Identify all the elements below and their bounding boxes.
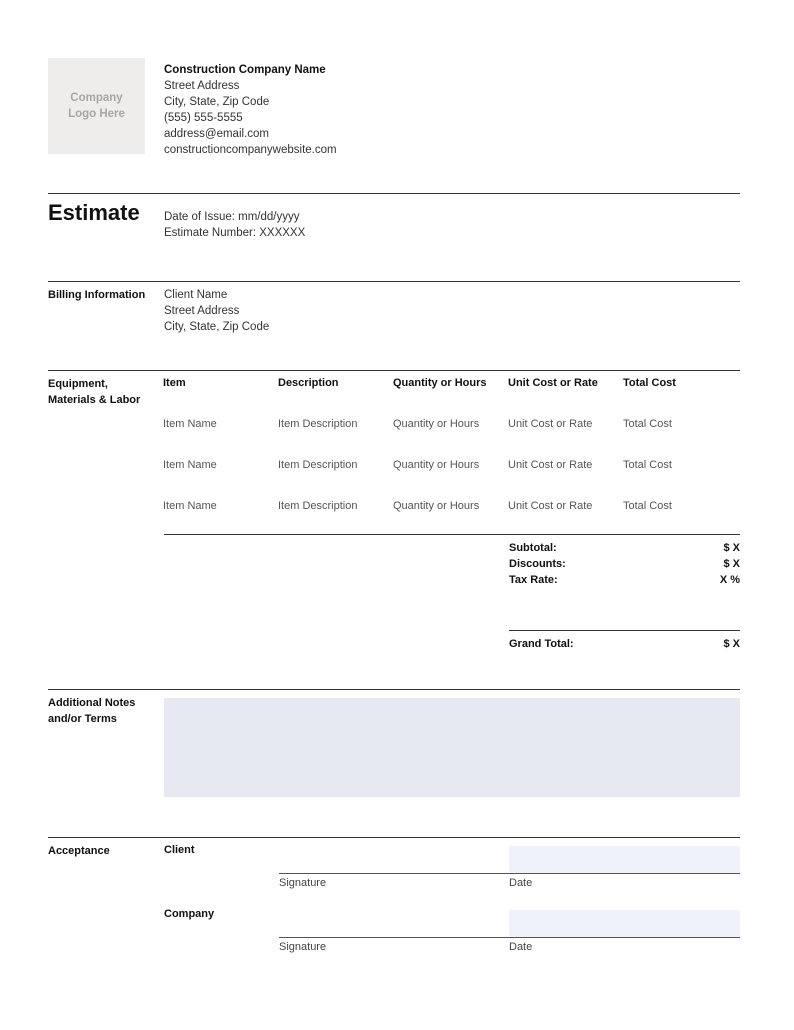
column-header: Quantity or Hours: [393, 377, 487, 389]
table-cell: Item Description: [278, 418, 357, 430]
table-cell: Item Name: [163, 500, 217, 512]
tax-rate-label: Tax Rate:: [509, 574, 558, 586]
items-label-line2: Materials & Labor: [48, 392, 140, 408]
subtotal-label: Subtotal:: [509, 542, 557, 554]
discounts-label: Discounts:: [509, 558, 566, 570]
company-email: address@email.com: [164, 126, 337, 142]
table-cell: Unit Cost or Rate: [508, 418, 592, 430]
company-signature-caption: Signature: [279, 941, 326, 953]
page-title: Estimate: [48, 200, 140, 226]
items-section-label: Equipment, Materials & Labor: [48, 376, 140, 408]
company-name: Construction Company Name: [164, 62, 337, 78]
estimate-number: Estimate Number: XXXXXX: [164, 225, 305, 241]
tax-rate-value: X %: [720, 574, 740, 586]
column-header: Item: [163, 377, 186, 389]
company-city: City, State, Zip Code: [164, 94, 337, 110]
company-logo-placeholder: CompanyLogo Here: [48, 58, 145, 154]
table-cell: Item Description: [278, 459, 357, 471]
divider: [48, 370, 740, 371]
notes-label-line1: Additional Notes: [48, 695, 135, 711]
table-cell: Item Name: [163, 418, 217, 430]
divider: [48, 193, 740, 194]
table-cell: Total Cost: [623, 459, 672, 471]
client-date-field[interactable]: [509, 846, 740, 873]
discounts-value: $ X: [723, 558, 740, 570]
table-cell: Quantity or Hours: [393, 459, 479, 471]
estimate-meta: Date of Issue: mm/dd/yyyy Estimate Numbe…: [164, 209, 305, 241]
client-city: City, State, Zip Code: [164, 319, 269, 335]
divider: [48, 281, 740, 282]
client-acceptance-label: Client: [164, 844, 195, 856]
client-street: Street Address: [164, 303, 269, 319]
divider: [48, 689, 740, 690]
company-street: Street Address: [164, 78, 337, 94]
company-date-caption: Date: [509, 941, 532, 953]
divider: [164, 534, 740, 535]
company-info: Construction Company Name Street Address…: [164, 62, 337, 158]
table-cell: Unit Cost or Rate: [508, 500, 592, 512]
logo-text-line1: Company: [70, 92, 122, 104]
table-cell: Quantity or Hours: [393, 418, 479, 430]
table-cell: Unit Cost or Rate: [508, 459, 592, 471]
column-header: Description: [278, 377, 339, 389]
client-signature-caption: Signature: [279, 877, 326, 889]
client-signature-line[interactable]: [279, 873, 740, 874]
company-date-field[interactable]: [509, 910, 740, 937]
items-label-line1: Equipment,: [48, 376, 140, 392]
client-date-caption: Date: [509, 877, 532, 889]
table-cell: Item Name: [163, 459, 217, 471]
company-website: constructioncompanywebsite.com: [164, 142, 337, 158]
table-cell: Total Cost: [623, 418, 672, 430]
client-name: Client Name: [164, 287, 269, 303]
notes-field[interactable]: [164, 698, 740, 797]
acceptance-label: Acceptance: [48, 843, 110, 859]
grand-total-label: Grand Total:: [509, 638, 574, 650]
table-cell: Quantity or Hours: [393, 500, 479, 512]
divider: [509, 630, 740, 631]
divider: [48, 837, 740, 838]
logo-text-line2: Logo Here: [68, 108, 125, 120]
date-of-issue: Date of Issue: mm/dd/yyyy: [164, 209, 305, 225]
grand-total-value: $ X: [723, 638, 740, 650]
table-cell: Item Description: [278, 500, 357, 512]
company-acceptance-label: Company: [164, 908, 214, 920]
company-signature-line[interactable]: [279, 937, 740, 938]
subtotal-value: $ X: [723, 542, 740, 554]
company-phone: (555) 555-5555: [164, 110, 337, 126]
notes-label: Additional Notes and/or Terms: [48, 695, 135, 727]
notes-label-line2: and/or Terms: [48, 711, 135, 727]
column-header: Total Cost: [623, 377, 676, 389]
column-header: Unit Cost or Rate: [508, 377, 598, 389]
table-cell: Total Cost: [623, 500, 672, 512]
billing-label: Billing Information: [48, 287, 145, 303]
billing-info: Client Name Street Address City, State, …: [164, 287, 269, 335]
